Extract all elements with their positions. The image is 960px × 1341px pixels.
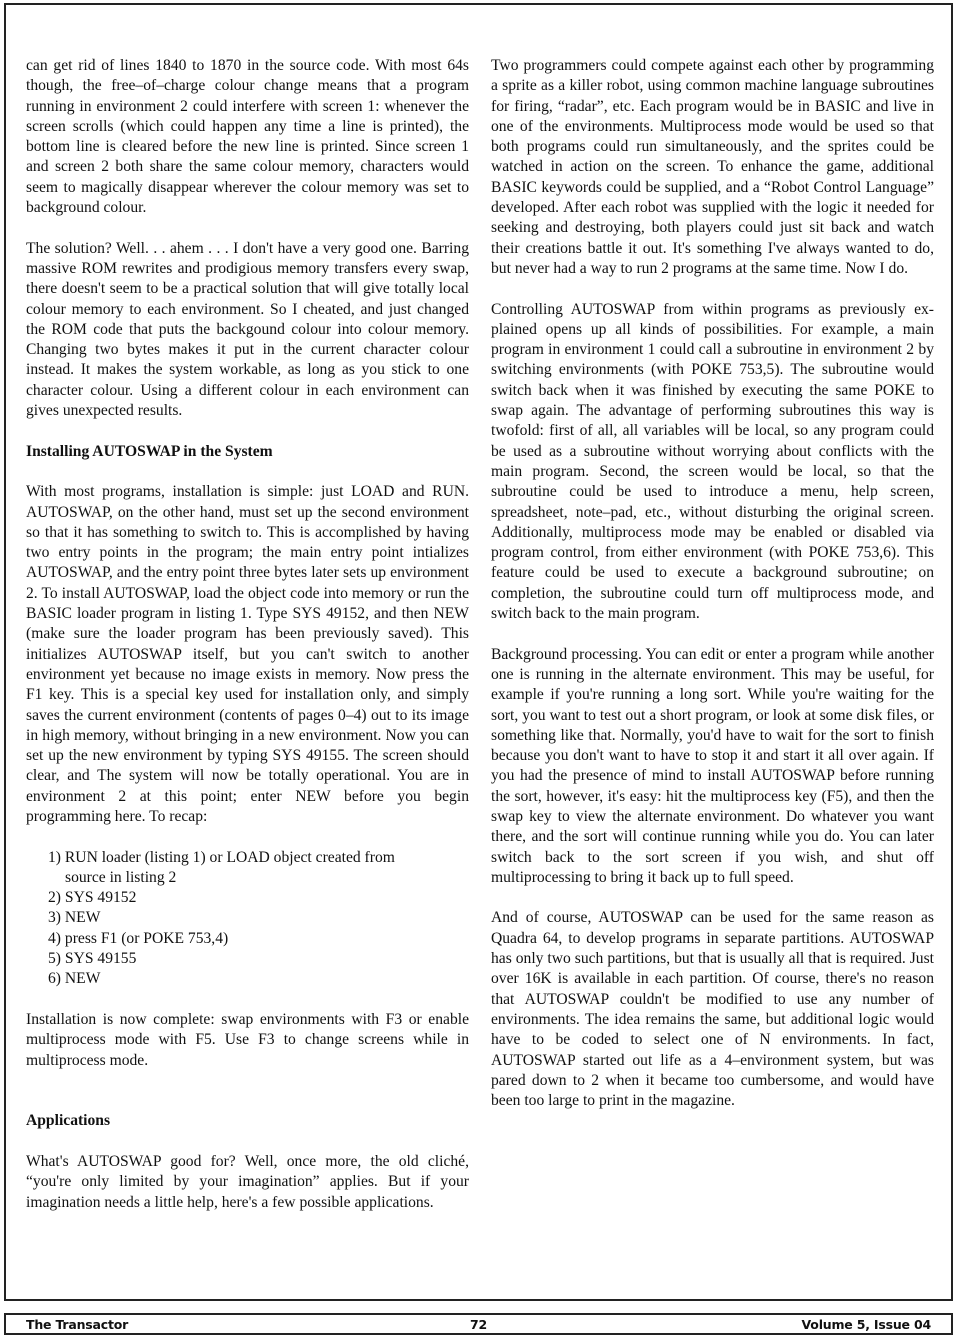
recap-item: 2) SYS 49152	[48, 888, 469, 908]
section-heading-applications: Applications	[26, 1111, 469, 1131]
recap-number: 6)	[48, 969, 61, 989]
left-column: can get rid of lines 1840 to 1870 in the…	[26, 56, 469, 1233]
paragraph: The solution? Well. . . ahem . . . I don…	[26, 239, 469, 422]
paragraph: can get rid of lines 1840 to 1870 in the…	[26, 56, 469, 218]
paragraph: And of course, AUTOSWAP can be used for …	[491, 908, 934, 1111]
recap-text: press F1 (or POKE 753,4)	[65, 930, 228, 947]
recap-text: SYS 49152	[65, 889, 137, 906]
recap-item: 1) RUN loader (listing 1) or LOAD object…	[48, 848, 469, 889]
recap-text: NEW	[65, 909, 101, 926]
recap-item: 6) NEW	[48, 969, 469, 989]
recap-number: 1)	[48, 848, 61, 868]
paragraph: Two programmers could compete against ea…	[491, 56, 934, 279]
paragraph: Background processing. You can edit or e…	[491, 645, 934, 889]
recap-item: 5) SYS 49155	[48, 949, 469, 969]
recap-text: RUN loader (listing 1) or LOAD object cr…	[65, 849, 395, 866]
spacer	[26, 1091, 469, 1111]
issue-label: Volume 5, Issue 04	[802, 1317, 931, 1332]
page-number: 72	[470, 1317, 487, 1332]
recap-number: 3)	[48, 908, 61, 928]
paragraph: Installation is now complete: swap envir…	[26, 1010, 469, 1071]
recap-number: 5)	[48, 949, 61, 969]
publication-name: The Transactor	[26, 1317, 128, 1332]
right-column: Two programmers could compete against ea…	[491, 56, 934, 1132]
recap-item: 3) NEW	[48, 908, 469, 928]
recap-number: 4)	[48, 929, 61, 949]
recap-item: 4) press F1 (or POKE 753,4)	[48, 929, 469, 949]
recap-text-continued: source in listing 2	[48, 868, 469, 888]
paragraph: With most programs, installation is simp…	[26, 482, 469, 827]
section-heading-installing: Installing AUTOSWAP in the System	[26, 442, 469, 462]
recap-number: 2)	[48, 888, 61, 908]
recap-list: 1) RUN loader (listing 1) or LOAD object…	[26, 848, 469, 990]
recap-text: SYS 49155	[65, 950, 137, 967]
recap-text: NEW	[65, 970, 101, 987]
paragraph: What's AUTOSWAP good for? Well, once mor…	[26, 1152, 469, 1213]
page-footer: The Transactor 72 Volume 5, Issue 04	[4, 1313, 953, 1335]
paragraph: Controlling AUTOSWAP from within program…	[491, 300, 934, 625]
